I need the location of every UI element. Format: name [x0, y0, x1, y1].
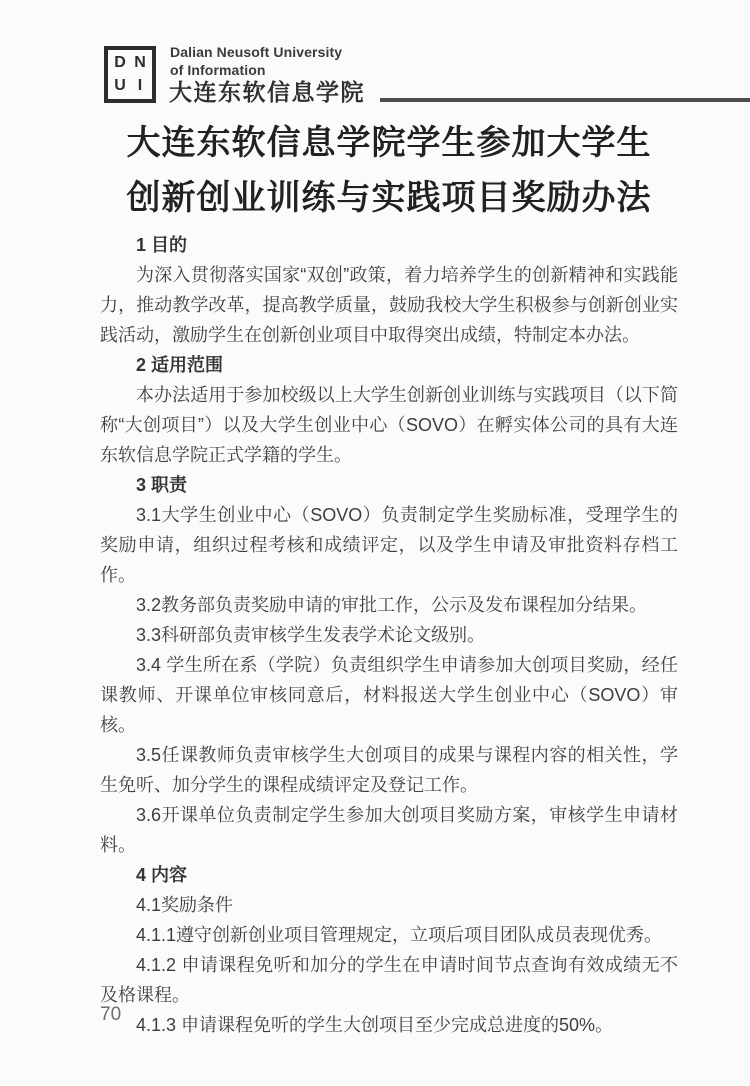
document-title-line1: 大连东软信息学院学生参加大学生 — [100, 116, 678, 171]
clause-4-1-2: 4.1.2 申请课程免听和加分的学生在申请时间节点查询有效成绩无不及格课程。 — [100, 950, 678, 1010]
clause-4-1-3: 4.1.3 申请课程免听的学生大创项目至少完成总进度的50%。 — [100, 1010, 678, 1040]
paragraph: 为深入贯彻落实国家“双创”政策，着力培养学生的创新精神和实践能力，推动教学改革，… — [100, 260, 678, 350]
section-heading: 3 职责 — [100, 470, 678, 500]
university-name-english-line1: Dalian Neusoft University — [170, 44, 342, 62]
clause-4-1-1: 4.1.1遵守创新创业项目管理规定，立项后项目团队成员表现优秀。 — [100, 920, 678, 950]
logo-letter-u: U — [114, 78, 126, 94]
university-name-chinese: 大连东软信息学院 — [169, 74, 365, 107]
section-responsibilities: 3 职责 3.1大学生创业中心（SOVO）负责制定学生奖励标准，受理学生的奖励申… — [100, 470, 678, 860]
logo-letter-d: D — [114, 55, 126, 71]
page-number: 70 — [100, 1004, 121, 1026]
clause-4-1: 4.1奖励条件 — [100, 890, 678, 920]
section-purpose: 1 目的 为深入贯彻落实国家“双创”政策，着力培养学生的创新精神和实践能力，推动… — [100, 230, 678, 350]
document-page: D N U I Dalian Neusoft University of Inf… — [0, 0, 750, 1086]
document-title-line2: 创新创业训练与实践项目奖励办法 — [100, 171, 678, 226]
section-scope: 2 适用范围 本办法适用于参加校级以上大学生创新创业训练与实践项目（以下简称“大… — [100, 350, 678, 470]
logo-letter-n: N — [134, 55, 146, 71]
section-heading: 1 目的 — [100, 230, 678, 260]
clause-3-5: 3.5任课教师负责审核学生大创项目的成果与课程内容的相关性，学生免听、加分学生的… — [100, 740, 678, 800]
section-heading: 2 适用范围 — [100, 350, 678, 380]
logo-letter-i: I — [138, 78, 142, 94]
header-divider-line — [380, 98, 750, 102]
document-body: 1 目的 为深入贯彻落实国家“双创”政策，着力培养学生的创新精神和实践能力，推动… — [100, 230, 678, 1040]
clause-3-2: 3.2教务部负责奖励申请的审批工作，公示及发布课程加分结果。 — [100, 590, 678, 620]
clause-3-3: 3.3科研部负责审核学生发表学术论文级别。 — [100, 620, 678, 650]
document-title: 大连东软信息学院学生参加大学生 创新创业训练与实践项目奖励办法 — [100, 116, 678, 226]
section-heading: 4 内容 — [100, 860, 678, 890]
clause-3-4: 3.4 学生所在系（学院）负责组织学生申请参加大创项目奖励，经任课教师、开课单位… — [100, 650, 678, 740]
section-content: 4 内容 4.1奖励条件 4.1.1遵守创新创业项目管理规定，立项后项目团队成员… — [100, 860, 678, 1040]
clause-3-6: 3.6开课单位负责制定学生参加大创项目奖励方案，审核学生申请材料。 — [100, 800, 678, 860]
dnui-logo: D N U I — [104, 46, 156, 103]
paragraph: 本办法适用于参加校级以上大学生创新创业训练与实践项目（以下简称“大创项目”）以及… — [100, 380, 678, 470]
clause-3-1: 3.1大学生创业中心（SOVO）负责制定学生奖励标准，受理学生的奖励申请，组织过… — [100, 500, 678, 590]
